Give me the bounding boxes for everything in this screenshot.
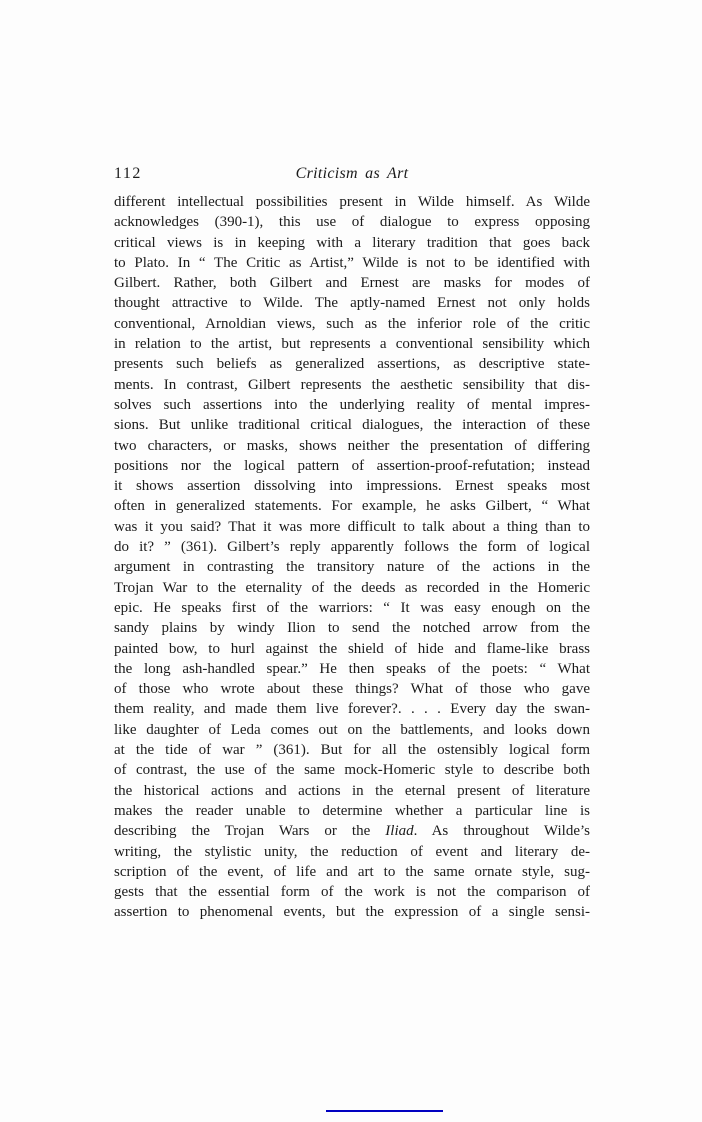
text-line: assertion to phenomenal events, but the …: [114, 902, 590, 922]
text-line: gests that the essential form of the wor…: [114, 882, 590, 902]
text-line: scription of the event, of life and art …: [114, 862, 590, 882]
text-line: presents such beliefs as generalized ass…: [114, 354, 590, 374]
body-text: different intellectual possibilities pre…: [114, 192, 590, 923]
text-line: sandy plains by windy Ilion to send the …: [114, 618, 590, 638]
book-page: 112 Criticism as Art different intellect…: [0, 0, 702, 1122]
text-line: them reality, and made them live forever…: [114, 699, 590, 719]
text-line: of those who wrote about these things? W…: [114, 679, 590, 699]
text-line: acknowledges (390-1), this use of dialog…: [114, 212, 590, 232]
text-line: sions. But unlike traditional critical d…: [114, 415, 590, 435]
text-line: different intellectual possibilities pre…: [114, 192, 590, 212]
text-line: at the tide of war ” (361). But for all …: [114, 740, 590, 760]
text-line: it shows assertion dissolving into impre…: [114, 476, 590, 496]
text-line: painted bow, to hurl against the shield …: [114, 639, 590, 659]
text-line: makes the reader unable to determine whe…: [114, 801, 590, 821]
text-line: ments. In contrast, Gilbert represents t…: [114, 375, 590, 395]
text-line: thought attractive to Wilde. The aptly-n…: [114, 293, 590, 313]
text-line: describing the Trojan Wars or the Iliad.…: [114, 821, 590, 841]
running-head: Criticism as Art: [114, 163, 590, 184]
text-line: Gilbert. Rather, both Gilbert and Ernest…: [114, 273, 590, 293]
page-header: 112 Criticism as Art: [114, 163, 590, 184]
text-line: conventional, Arnoldian views, such as t…: [114, 314, 590, 334]
text-line: in relation to the artist, but represent…: [114, 334, 590, 354]
text-line: solves such assertions into the underlyi…: [114, 395, 590, 415]
text-line: Trojan War to the eternality of the deed…: [114, 578, 590, 598]
text-line: was it you said? That it was more diffic…: [114, 517, 590, 537]
text-line: epic. He speaks first of the warriors: “…: [114, 598, 590, 618]
text-line: often in generalized statements. For exa…: [114, 496, 590, 516]
link-underline[interactable]: [326, 1110, 443, 1112]
text-line: positions nor the logical pattern of ass…: [114, 456, 590, 476]
text-line: like daughter of Leda comes out on the b…: [114, 720, 590, 740]
text-line: critical views is in keeping with a lite…: [114, 233, 590, 253]
text-line: of contrast, the use of the same mock-Ho…: [114, 760, 590, 780]
text-line: do it? ” (361). Gilbert’s reply apparent…: [114, 537, 590, 557]
text-line: the historical actions and actions in th…: [114, 781, 590, 801]
text-line: the long ash-handled spear.” He then spe…: [114, 659, 590, 679]
text-line: two characters, or masks, shows neither …: [114, 436, 590, 456]
text-line: to Plato. In “ The Critic as Artist,” Wi…: [114, 253, 590, 273]
text-line: argument in contrasting the transitory n…: [114, 557, 590, 577]
text-line: writing, the stylistic unity, the reduct…: [114, 842, 590, 862]
